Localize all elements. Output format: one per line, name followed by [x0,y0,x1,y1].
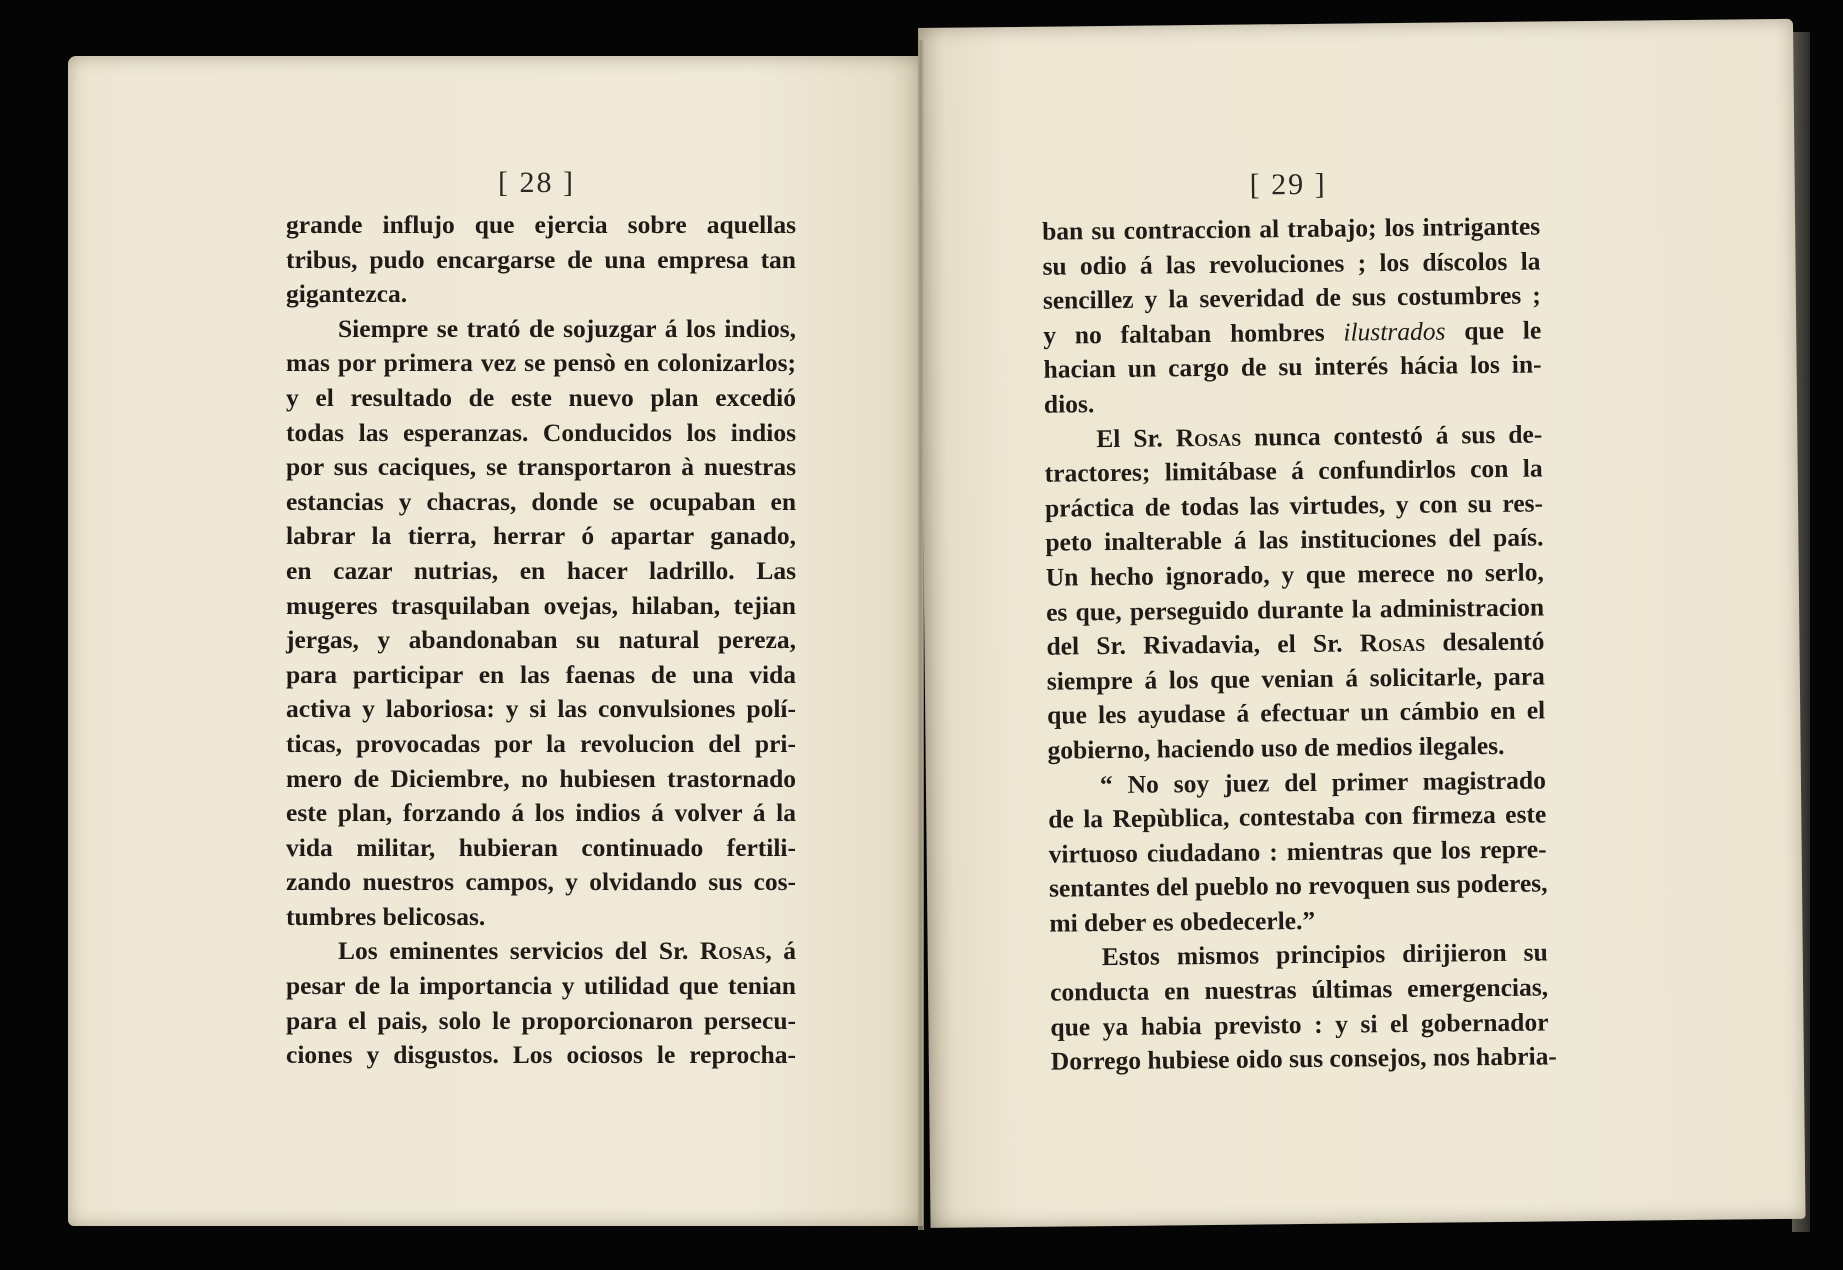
text-line: Estos mismos principios dirijieron su [1050,936,1548,976]
text-line: dios. [1044,382,1542,422]
text-line: activa y laboriosa: y si las convulsione… [286,692,796,727]
text-line: “ No soy juez del primer magistrado [1048,763,1546,803]
text-line: y no faltaban hombres ilustrados que le [1043,313,1541,353]
text-line: Los eminentes servicios del Sr. Rosas, á [286,934,796,969]
text-line: Siempre se trató de sojuzgar á los indio… [286,312,796,347]
text-line: siempre á los que venian á solicitarle, … [1047,659,1545,699]
text-line: en cazar nutrias, en hacer ladrillo. Las [286,554,796,589]
left-page-text: grande influjo que ejercia sobre aquella… [286,208,796,1073]
text-line: mugeres trasquilaban ovejas, hilaban, te… [286,589,796,624]
text-line: mi deber es obedecerle.” [1049,901,1547,941]
text-line: gigantezca. [286,277,796,312]
text-line: jergas, y abandonaban su natural pereza, [286,623,796,658]
text-line: todas las esperanzas. Conducidos los ind… [286,416,796,451]
text-line: práctica de todas las virtudes, y con su… [1045,486,1543,526]
text-line: mero de Diciembre, no hubiesen trastorna… [286,762,796,797]
text-line: mas por primera vez se pensò en coloniza… [286,346,796,381]
text-line: hacian un cargo de su interés hácia los … [1043,348,1541,388]
text-line: ticas, provocadas por la revolucion del … [286,727,796,762]
text-line: El Sr. Rosas nunca contestó á sus de- [1044,417,1542,457]
text-line: Un hecho ignorado, y que merece no serlo… [1046,555,1544,595]
book-gutter [918,40,924,1230]
text-line: conducta en nuestras últimas emergencias… [1050,971,1548,1011]
text-line: tractores; limitábase á confundirlos con… [1044,452,1542,492]
right-page-text: ban su contraccion al trabajo; los intri… [1042,209,1549,1079]
text-line: este plan, forzando á los indios á volve… [286,796,796,831]
text-line: y el resultado de este nuevo plan excedi… [286,381,796,416]
text-line: de la Repùblica, contestaba con firmeza … [1048,798,1546,838]
text-line: del Sr. Rivadavia, el Sr. Rosas desalent… [1046,625,1544,665]
text-line: virtuoso ciudadano : mientras que los re… [1048,832,1546,872]
text-line: gobierno, haciendo uso de medios ilegale… [1047,728,1545,768]
text-line: es que, perseguido durante la administra… [1046,590,1544,630]
text-line: vida militar, hubieran continuado fertil… [286,831,796,866]
text-line: que les ayudase á efectuar un cámbio en … [1047,694,1545,734]
book-spread: [ 28 ] grande influjo que ejercia sobre … [0,0,1843,1270]
text-line: tumbres belicosas. [286,900,796,935]
text-line: grande influjo que ejercia sobre aquella… [286,208,796,243]
text-line: peto inalterable á las instituciones del… [1045,521,1543,561]
text-line: Dorrego hubiese oido sus consejos, nos h… [1051,1040,1549,1080]
text-line: su odio á las revoluciones ; los díscolo… [1042,244,1540,284]
right-page: [ 29 ] ban su contraccion al trabajo; lo… [918,19,1806,1228]
text-line: pesar de la importancia y utilidad que t… [286,969,796,1004]
page-number-left: [ 28 ] [498,166,575,200]
text-line: para participar en las faenas de una vid… [286,658,796,693]
text-line: por sus caciques, se transportaron à nue… [286,450,796,485]
text-line: ban su contraccion al trabajo; los intri… [1042,209,1540,249]
text-line: que ya habia previsto : y si el gobernad… [1050,1005,1548,1045]
text-line: sencillez y la severidad de sus costumbr… [1043,279,1541,319]
text-line: ciones y disgustos. Los ociosos le repro… [286,1038,796,1073]
text-line: estancias y chacras, donde se ocupaban e… [286,485,796,520]
left-page: [ 28 ] grande influjo que ejercia sobre … [68,56,923,1226]
text-line: sentantes del pueblo no revoquen sus pod… [1049,867,1547,907]
text-line: labrar la tierra, herrar ó apartar ganad… [286,519,796,554]
text-line: tribus, pudo encargarse de una empresa t… [286,243,796,278]
text-line: para el pais, solo le proporcionaron per… [286,1004,796,1039]
text-line: zando nuestros campos, y olvidando sus c… [286,865,796,900]
page-number-right: [ 29 ] [1249,168,1326,203]
